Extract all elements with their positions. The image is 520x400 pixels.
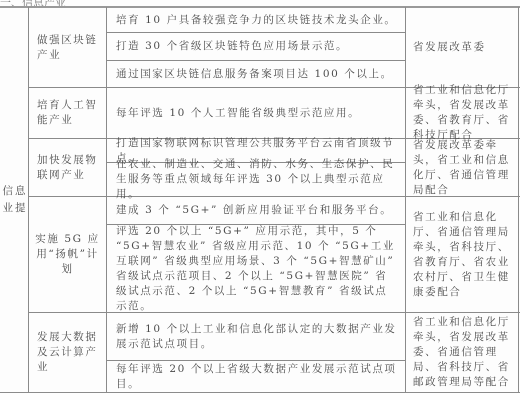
task-text: 在农业、制造业、交通、消防、水务、生态保护、民生服务等重点领域每年评选 30 个…: [116, 157, 399, 202]
sub-category-cell: 加快发展物联网产业: [29, 139, 106, 196]
table-border-bottom: [0, 392, 520, 393]
task-cell: 新增 10 个以上工业和信息化部认定的大数据产业发展示范试点项目。: [107, 313, 405, 360]
sub-category-label: 加快发展物联网产业: [37, 153, 102, 183]
task-text: 培育 10 户具备较强竞争力的区块链技术龙头企业。: [116, 13, 397, 28]
department-cell: 省发展改革委牵头，省工业和信息化厅、省通信管理局配合: [406, 139, 518, 196]
sub-category-label: 做强区块链产业: [37, 33, 102, 63]
task-text: 评选 20 个以上 “5G+” 应用示范，其中，5 个 “5G+智慧农业” 省级…: [116, 224, 399, 314]
sub-category-cell: 做强区块链产业: [29, 8, 106, 87]
category-label: 信息 业提: [3, 183, 28, 217]
task-cell: 每年评选 20 个以上省级大数据产业发展示范试点项目。: [107, 361, 405, 392]
category-cell: 信息 业提: [0, 8, 28, 392]
sub-category-cell: 发展大数据及云计算产业: [29, 313, 106, 392]
sub-category-cell: 培育人工智能产业: [29, 88, 106, 138]
sub-category-label: 实施 5G 应用“扬帆”计划: [33, 232, 102, 277]
sub-category-label: 培育人工智能产业: [37, 98, 102, 128]
department-text: 省发展改革委: [413, 40, 486, 55]
department-text: 省发展改革委牵头，省工业和信息化厅、省通信管理局配合: [413, 138, 516, 198]
task-text: 每年评选 10 个人工智能省级典型示范应用。: [116, 106, 360, 121]
sub-category-cell: 实施 5G 应用“扬帆”计划: [29, 197, 106, 312]
department-cell: 省工业和信息化厅、省通信管理局牵头，省科技厅、省教育厅、省农业农村厅、省卫生健康…: [406, 197, 518, 312]
task-text: 建成 3 个 “5G+” 创新应用验证平台和服务平台。: [116, 203, 392, 218]
task-text: 打造 30 个省级区块链特色应用场景示范。: [116, 39, 348, 54]
department-cell: 省工业和信息化厅牵头，省发展改革委、省通信管理局、省科技厅、省邮政管理局等配合: [406, 313, 518, 392]
department-cell: 省发展改革委: [406, 8, 518, 87]
document-page: 一、信息产业 信息 业提 做强区块链产业 培育 10 户具备较强竞争力的区块链技…: [0, 0, 520, 400]
task-text: 通过国家区块链信息服务备案项目达 100 个以上。: [116, 67, 393, 82]
task-cell: 评选 20 个以上 “5G+” 应用示范，其中，5 个 “5G+智慧农业” 省级…: [107, 225, 405, 312]
task-cell: 在农业、制造业、交通、消防、水务、生态保护、民生服务等重点领域每年评选 30 个…: [107, 163, 405, 196]
task-cell: 通过国家区块链信息服务备案项目达 100 个以上。: [107, 61, 405, 87]
task-text: 新增 10 个以上工业和信息化部认定的大数据产业发展示范试点项目。: [116, 322, 399, 352]
task-cell: 培育 10 户具备较强竞争力的区块链技术龙头企业。: [107, 8, 405, 32]
department-text: 省工业和信息化厅、省通信管理局牵头，省科技厅、省教育厅、省农业农村厅、省卫生健康…: [413, 210, 516, 300]
task-text: 每年评选 20 个以上省级大数据产业发展示范试点项目。: [116, 362, 399, 392]
department-text: 省工业和信息化厅牵头，省发展改革委、省教育厅、省科技厅配合: [413, 83, 516, 143]
sub-category-label: 发展大数据及云计算产业: [37, 330, 102, 375]
task-cell: 每年评选 10 个人工智能省级典型示范应用。: [107, 88, 405, 138]
task-cell: 打造 30 个省级区块链特色应用场景示范。: [107, 33, 405, 60]
department-cell: 省工业和信息化厅牵头，省发展改革委、省教育厅、省科技厅配合: [406, 88, 518, 138]
task-cell: 建成 3 个 “5G+” 创新应用验证平台和服务平台。: [107, 197, 405, 224]
department-text: 省工业和信息化厅牵头，省发展改革委、省通信管理局、省科技厅、省邮政管理局等配合: [413, 315, 516, 390]
col-divider: [518, 7, 519, 393]
